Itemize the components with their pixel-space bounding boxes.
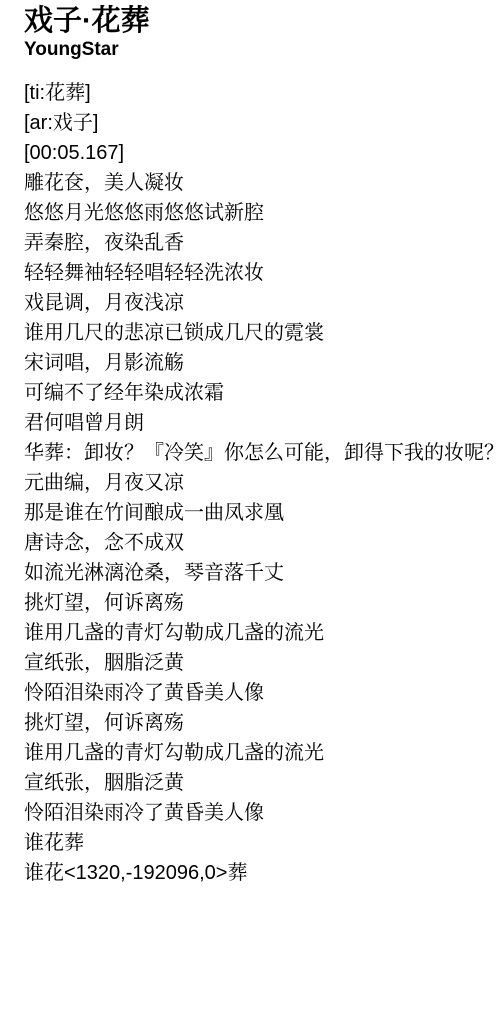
lyric-line: 宋词唱，月影流觞 (24, 348, 500, 378)
lyric-line: 宣纸张，胭脂泛黄 (24, 768, 500, 798)
lyric-line: 华葬：卸妆？『冷笑』你怎么可能，卸得下我的妆呢？ (24, 438, 500, 468)
lyric-line: 元曲编，月夜又凉 (24, 468, 500, 498)
lyric-line: 谁花<1320,-192096,0>葬 (24, 858, 500, 888)
lyric-line: 那是谁在竹间酿成一曲凤求凰 (24, 498, 500, 528)
lyrics-body: [ti:花葬][ar:戏子][00:05.167]雕花奁，美人凝妆悠悠月光悠悠雨… (24, 78, 500, 888)
lyric-line: 悠悠月光悠悠雨悠悠试新腔 (24, 198, 500, 228)
lyric-line: 谁用几尺的悲凉已锁成几尺的霓裳 (24, 318, 500, 348)
lyric-line: 可编不了经年染成浓霜 (24, 378, 500, 408)
lyric-line: 怜陌泪染雨冷了黄昏美人像 (24, 798, 500, 828)
lyric-line: [ar:戏子] (24, 108, 500, 138)
lyric-line: 挑灯望，何诉离殇 (24, 588, 500, 618)
lyric-line: 唐诗念，念不成双 (24, 528, 500, 558)
lyric-line: 如流光淋漓沧桑，琴音落千丈 (24, 558, 500, 588)
lyric-line: 雕花奁，美人凝妆 (24, 168, 500, 198)
lyric-line: 戏昆调，月夜浅凉 (24, 288, 500, 318)
lyrics-page-body: { "header": { "title": "戏子·花葬", "artist"… (0, 0, 500, 1030)
lyric-line: 君何唱曾月朗 (24, 408, 500, 438)
lyrics-page: 戏子·花葬 YoungStar [ti:花葬][ar:戏子][00:05.167… (0, 0, 500, 1030)
lyric-line: 谁用几盏的青灯勾勒成几盏的流光 (24, 618, 500, 648)
lyric-line: 怜陌泪染雨冷了黄昏美人像 (24, 678, 500, 708)
lyric-line: 弄秦腔，夜染乱香 (24, 228, 500, 258)
lyric-line: 谁用几盏的青灯勾勒成几盏的流光 (24, 738, 500, 768)
song-title: 戏子·花葬 (24, 5, 500, 38)
lyric-line: 谁花葬 (24, 828, 500, 858)
lyric-line: 挑灯望，何诉离殇 (24, 708, 500, 738)
lyric-line: [ti:花葬] (24, 78, 500, 108)
artist-name: YoungStar (24, 38, 500, 62)
lyric-line: 轻轻舞袖轻轻唱轻轻洗浓妆 (24, 258, 500, 288)
lyric-line: 宣纸张，胭脂泛黄 (24, 648, 500, 678)
lyric-line: [00:05.167] (24, 138, 500, 168)
